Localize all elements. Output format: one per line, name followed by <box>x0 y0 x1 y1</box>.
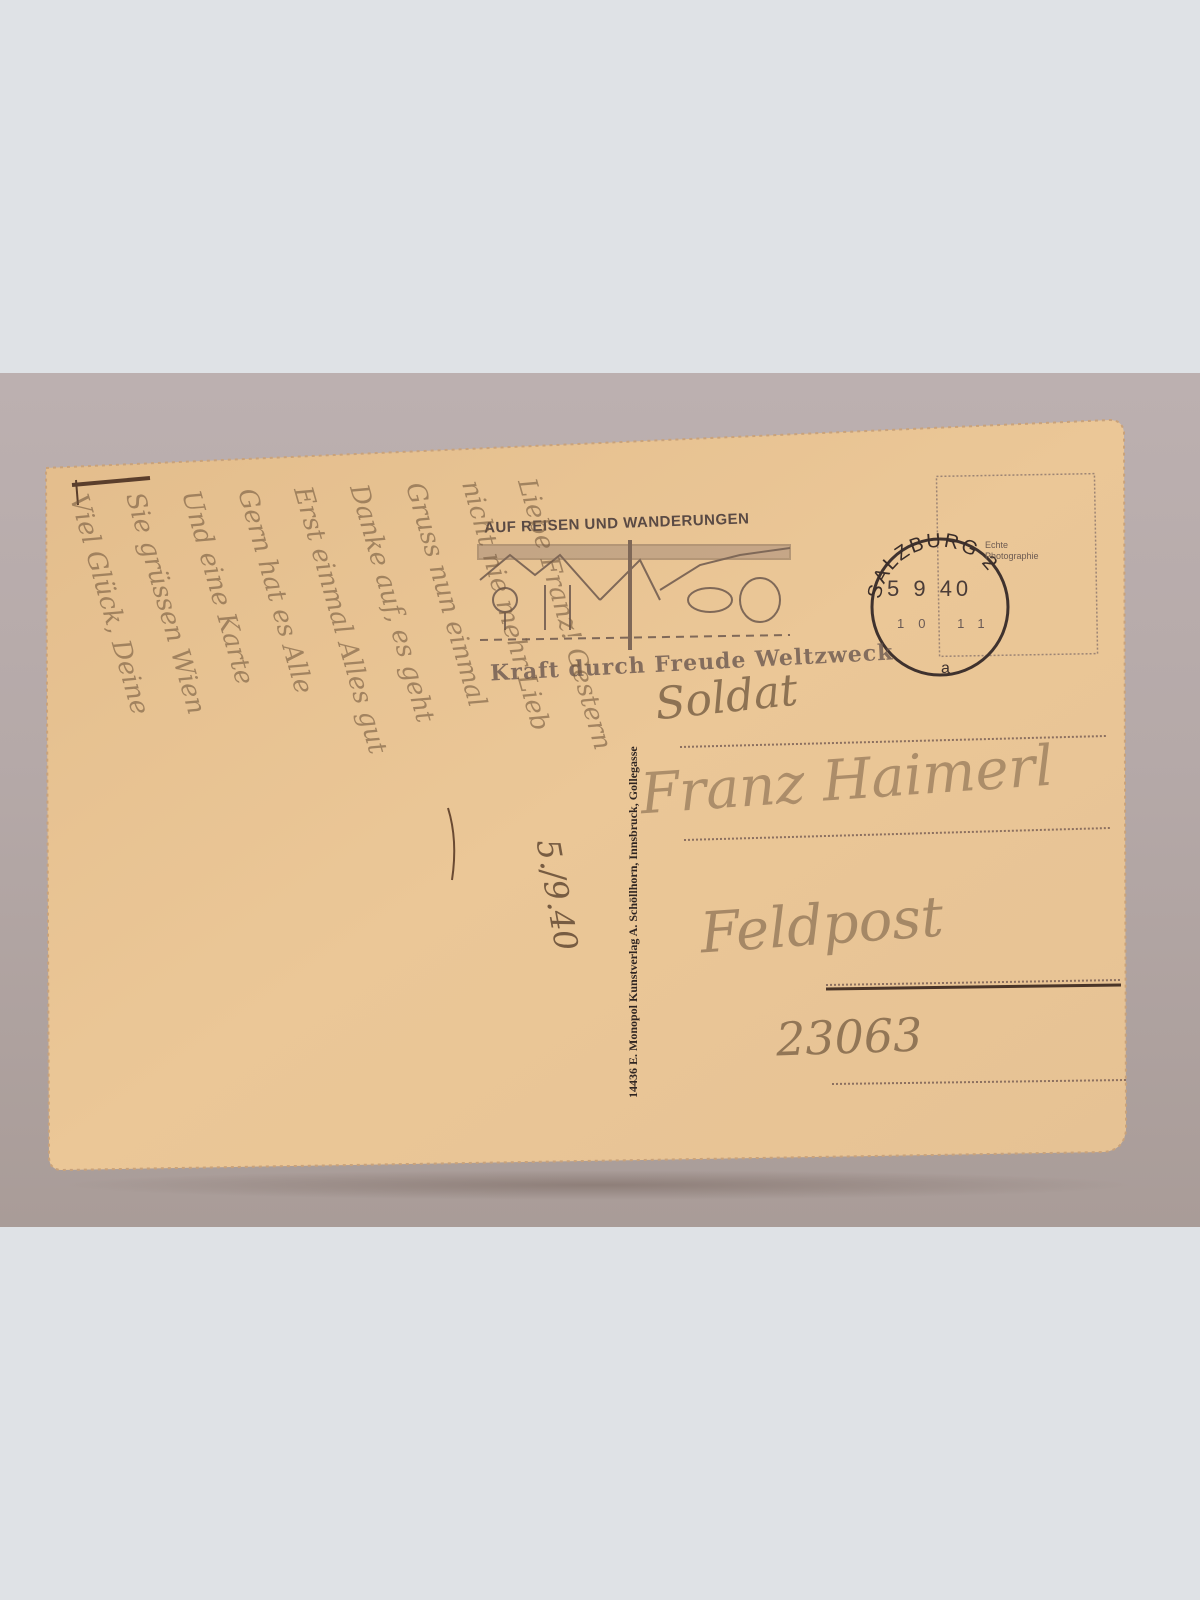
postmark-time: 10 11 <box>897 616 999 631</box>
stamp-box-line2: Photographie <box>985 551 1039 562</box>
postcard: SALZBURG 2 AUF REISEN UND WANDERUNG <box>0 0 1200 1600</box>
address-line-4: 23063 <box>775 1007 923 1066</box>
stamp-box-text: Echte Photographie <box>985 540 1039 562</box>
postmark-date: 5 9 40 <box>887 576 972 602</box>
postmark-series-letter: a <box>941 660 950 678</box>
stamp-box-line1: Echte <box>985 540 1039 551</box>
publisher-imprint: 14436 E. Monopol Kunstverlag A. Schöllho… <box>626 746 641 1098</box>
